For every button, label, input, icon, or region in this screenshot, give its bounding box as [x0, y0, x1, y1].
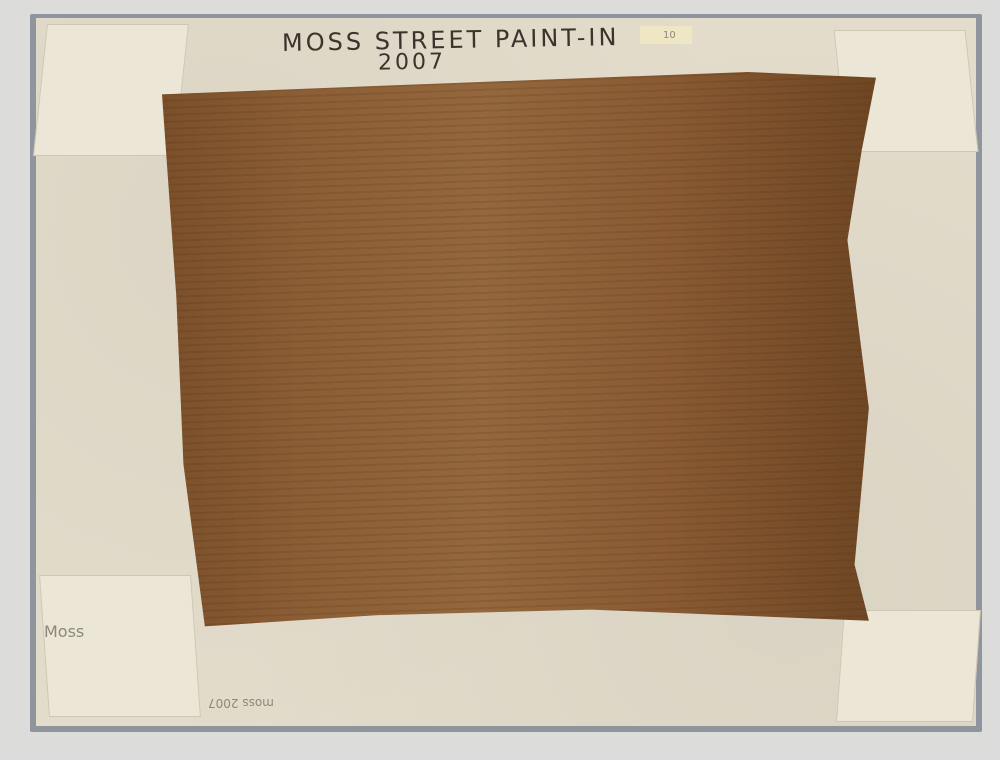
corner-note-bottom: moss 2007	[208, 696, 274, 710]
inscription-year: 2007	[378, 49, 446, 75]
corner-note-left: Moss	[44, 622, 84, 641]
inscription-title: MOSS STREET PAINT-IN	[282, 23, 620, 57]
wood-grain	[162, 72, 876, 632]
corner-fold-bottom-right	[836, 610, 981, 722]
label-number: 10	[663, 30, 676, 41]
wood-panel	[162, 72, 876, 632]
corner-fold-bottom-left	[39, 575, 201, 717]
